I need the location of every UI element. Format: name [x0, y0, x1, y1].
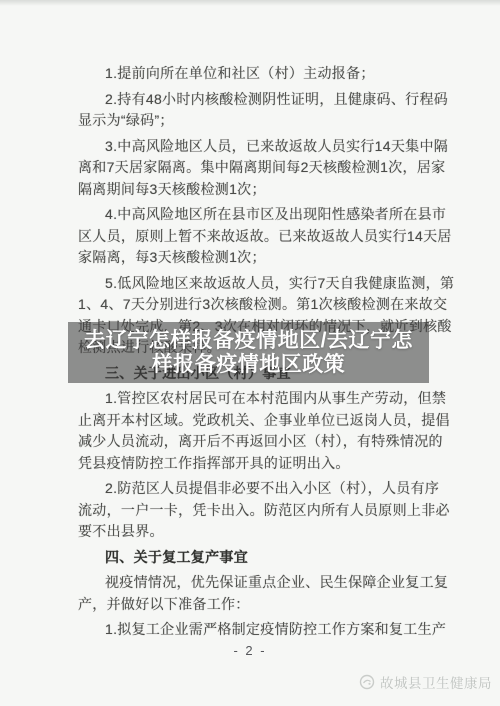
doc-line: 区人员，原则上暂不来故返故。已来故返故人员实行14天居 [78, 226, 435, 248]
doc-line: 视疫情情况，优先保证重点企业、民生保障企业复工复 [78, 572, 435, 594]
doc-line: 1、4、7天分别进行3次核酸检测。第1次核酸检测在来故交 [78, 294, 435, 316]
doc-line: 1.管控区农村居民可在本村范围内从事生产劳动，但禁 [78, 388, 435, 410]
watermark: 故城县卫生健康局 [359, 672, 492, 692]
doc-line: 减少人员流动，离开后不再返回小区（村），有特殊情况的 [78, 431, 435, 453]
doc-line: 凭县疫情防控工作指挥部开具的证明出入。 [78, 453, 435, 475]
overlay-title-line1: 去辽宁怎样报备疫情地区/去辽宁怎 [84, 329, 413, 353]
doc-line: 3.中高风险地区人员，已来故返故人员实行14天集中隔 [78, 136, 435, 158]
page-number: - 2 - [0, 643, 500, 658]
doc-line: 产，并做好以下准备工作： [78, 594, 435, 616]
doc-line: 家隔离，每3天核酸检测1次； [78, 247, 435, 269]
watermark-label: 故城县卫生健康局 [380, 672, 492, 692]
doc-line: 止离开本村区域。党政机关、企事业单位已返岗人员，提倡 [78, 410, 435, 432]
section-heading: 四、关于复工复产事宜 [78, 547, 435, 569]
doc-line: 离和7天居家隔离。集中隔离期间每2天核酸检测1次，居家 [78, 157, 435, 179]
doc-line: 4.中高风险地区所在县市区及出现阳性感染者所在县市 [78, 204, 435, 226]
doc-line: 2.持有48小时内核酸检测阴性证明，且健康码、行程码 [78, 89, 435, 111]
doc-line: 要不出县界。 [78, 521, 435, 543]
doc-line: 1.拟复工企业需严格制定疫情防控工作方案和复工生产 [78, 619, 435, 641]
overlay-title-banner: 去辽宁怎样报备疫情地区/去辽宁怎 样报备疫情地区政策 [68, 322, 429, 383]
overlay-title-line2: 样报备疫情地区政策 [152, 353, 346, 377]
scanned-document-page: 1.提前向所在单位和社区（村）主动报备；2.持有48小时内核酸检测阴性证明，且健… [0, 0, 500, 706]
doc-line: 流动，一户一卡，凭卡出入。防范区内所有人员原则上非必 [78, 500, 435, 522]
doc-line: 5.低风险地区来故返故人员，实行7天自我健康监测，第 [78, 273, 435, 295]
health-bureau-seal-icon [359, 674, 375, 690]
doc-line: 2.防范区人员提倡非必要不出入小区（村），人员有序 [78, 478, 435, 500]
doc-line: 隔离期间每3天核酸检测1次； [78, 179, 435, 201]
scan-edge-artifact [0, 0, 500, 6]
doc-line: 显示为“绿码”； [78, 110, 435, 132]
doc-line: 1.提前向所在单位和社区（村）主动报备； [78, 63, 435, 85]
